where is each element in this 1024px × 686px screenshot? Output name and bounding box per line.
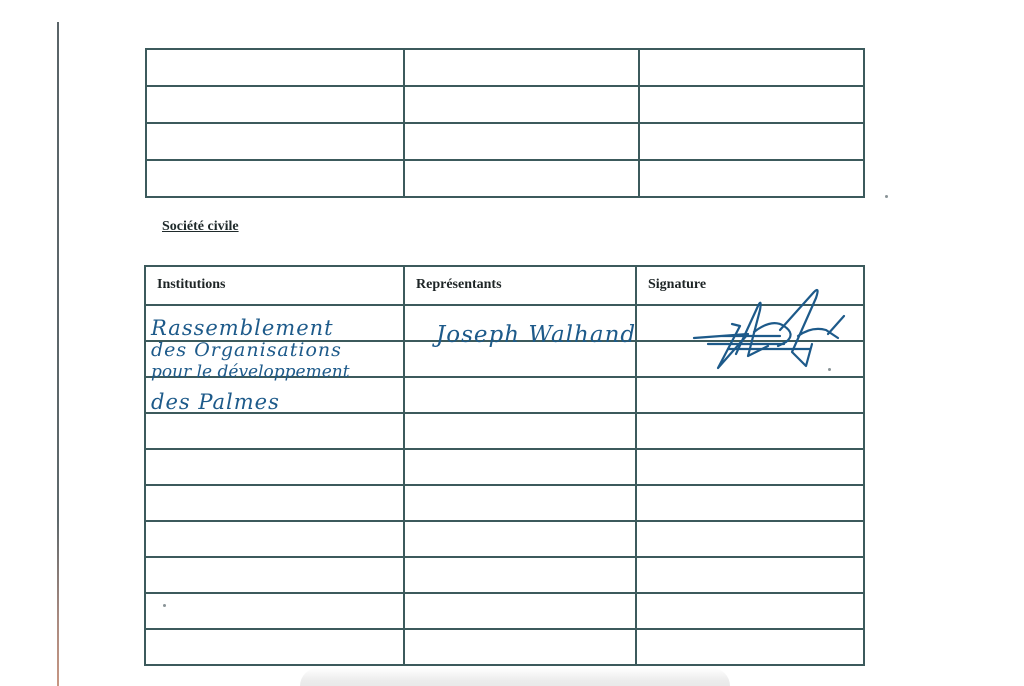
table-cell[interactable] (639, 86, 864, 123)
table-cell[interactable] (146, 49, 404, 86)
signature-cell[interactable] (636, 449, 864, 485)
signature-cell[interactable] (636, 413, 864, 449)
handwritten-representative: Joseph Walhand (436, 322, 636, 348)
table-row (145, 449, 864, 485)
handwritten-institution-line-1: Rassemblement (151, 318, 334, 339)
table-row (146, 160, 864, 197)
signature-cell[interactable] (636, 593, 864, 629)
institution-cell[interactable] (145, 593, 404, 629)
representative-cell[interactable] (404, 557, 636, 593)
signature-scribble (688, 286, 858, 376)
header-representatives: Représentants (404, 266, 636, 305)
representative-cell[interactable] (404, 593, 636, 629)
handwritten-institution-line-4: des Palmes (151, 392, 280, 413)
representative-cell[interactable] (404, 485, 636, 521)
table-cell[interactable] (639, 160, 864, 197)
signature-cell[interactable] (636, 557, 864, 593)
institution-cell[interactable] (145, 557, 404, 593)
institution-cell[interactable] (145, 629, 404, 665)
handwritten-institution-line-3: pour le développement (151, 364, 350, 381)
table-cell[interactable] (404, 86, 639, 123)
institution-cell[interactable] (145, 521, 404, 557)
table-cell[interactable] (639, 123, 864, 160)
table-cell[interactable] (146, 123, 404, 160)
signature-cell[interactable] (636, 521, 864, 557)
table-cell[interactable] (639, 49, 864, 86)
table-cell[interactable] (404, 49, 639, 86)
institution-cell[interactable] (145, 449, 404, 485)
top-signature-table (145, 48, 865, 198)
table-cell[interactable] (146, 160, 404, 197)
table-row (146, 123, 864, 160)
representative-cell[interactable] (404, 413, 636, 449)
representative-cell[interactable] (404, 629, 636, 665)
table-row (145, 521, 864, 557)
table-row (146, 49, 864, 86)
page-margin-line (57, 22, 59, 686)
institution-cell[interactable] (145, 413, 404, 449)
paper-speck (163, 604, 166, 607)
header-institutions: Institutions (145, 266, 404, 305)
handwritten-institution-line-2: des Organisations (151, 341, 342, 360)
table-row (145, 557, 864, 593)
representative-cell[interactable] (404, 449, 636, 485)
paper-speck (828, 368, 831, 371)
table-row (145, 593, 864, 629)
representative-cell[interactable] (404, 521, 636, 557)
institution-cell[interactable] (145, 485, 404, 521)
signature-cell[interactable] (636, 629, 864, 665)
scan-shadow (300, 668, 730, 686)
table-row (146, 86, 864, 123)
representative-cell[interactable] (404, 377, 636, 413)
table-cell[interactable] (404, 123, 639, 160)
table-cell[interactable] (404, 160, 639, 197)
signature-cell[interactable] (636, 377, 864, 413)
table-cell[interactable] (146, 86, 404, 123)
table-row (145, 485, 864, 521)
section-title: Société civile (162, 219, 239, 235)
table-row (145, 413, 864, 449)
table-row (145, 629, 864, 665)
signature-cell[interactable] (636, 485, 864, 521)
paper-speck (885, 195, 888, 198)
